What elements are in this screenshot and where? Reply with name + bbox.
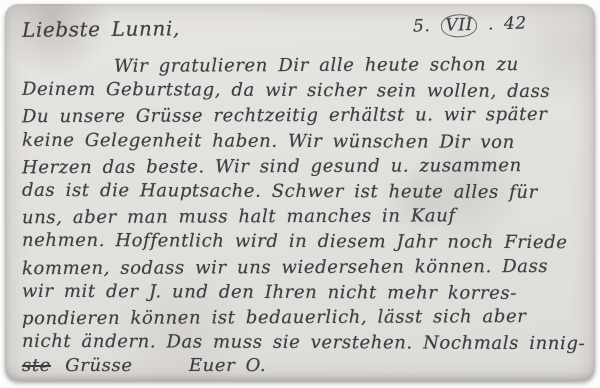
- letter-line: das ist die Hauptsache. Schwer ist heute…: [22, 178, 585, 206]
- closing-line: ste Grüsse Euer O.: [22, 355, 266, 377]
- letter-line: keine Gelegenheit haben. Wir wünschen Di…: [22, 127, 585, 155]
- letter-body: Wir gratulieren Dir alle heute schon zu …: [22, 53, 585, 355]
- letter-line: Wir gratulieren Dir alle heute schon zu: [22, 52, 585, 80]
- letter-line: Herzen das beste. Wir sind gesund u. zus…: [22, 153, 585, 181]
- postcard-paper: 5. VII . 42 Liebste Lunni, Wir gratulier…: [5, 4, 595, 381]
- date-day: 5.: [413, 16, 431, 36]
- closing-struck-word: ste: [22, 355, 51, 376]
- letter-line: Du unsere Grüsse rechtzeitig erhältst u.…: [22, 102, 585, 130]
- letter-line: nicht ändern. Das muss sie verstehen. No…: [22, 329, 585, 357]
- letter-line: wir mit der J. und den Ihren nicht mehr …: [22, 279, 585, 307]
- date-month: VII: [441, 14, 477, 38]
- letter-line: nehmen. Hoffentlich wird in diesem Jahr …: [22, 228, 585, 256]
- postcard-scan: 5. VII . 42 Liebste Lunni, Wir gratulier…: [0, 0, 600, 388]
- date: 5. VII . 42: [413, 12, 527, 38]
- letter-line: pondieren können ist bedauerlich, lässt …: [22, 304, 585, 332]
- signature: Euer O.: [189, 355, 266, 376]
- closing-word: Grüsse: [65, 355, 132, 376]
- salutation: Liebste Lunni,: [22, 16, 180, 42]
- letter-line: Deinem Geburtstag, da wir sicher sein wo…: [22, 77, 585, 105]
- letter-line: uns, aber man muss halt manches in Kauf: [22, 203, 585, 231]
- date-year: . 42: [488, 13, 527, 34]
- letter-line: kommen, sodass wir uns wiedersehen könne…: [22, 253, 585, 281]
